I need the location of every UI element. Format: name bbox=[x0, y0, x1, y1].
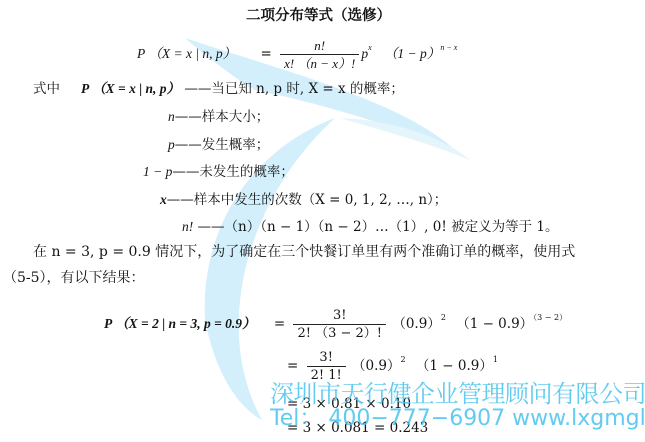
formula-q-exponent: n − x bbox=[440, 43, 457, 52]
definition-row: n! ——（n）（n − 1）（n − 2）…（1）, 0! 被定义为等于 1。 bbox=[182, 219, 558, 235]
calc-fraction: 3! 2! （3 − 2）! bbox=[293, 308, 386, 341]
document-title: 二项分布等式（选修） bbox=[246, 8, 391, 24]
definition-text: ——未发生的概率； bbox=[172, 164, 294, 180]
watermark-contact: Tel： 400−777−6907 www.lxgmgl.com bbox=[270, 401, 645, 432]
calc-equals: = bbox=[287, 358, 298, 374]
paragraph-line-2: （5-5），有以下结果： bbox=[3, 270, 145, 286]
definition-symbol: n! bbox=[182, 219, 193, 234]
definition-row: 1 − p——未发生的概率； bbox=[143, 164, 294, 180]
formula-equals: = bbox=[260, 46, 271, 62]
definition-row: p——发生概率； bbox=[168, 137, 269, 153]
calc-term: （1 − 0.9） bbox=[456, 316, 533, 332]
binomial-formula: P （X = x | n, p） = n! x! （n − x）! px （1 … bbox=[137, 38, 457, 71]
formula-fraction: n! x! （n − x）! bbox=[280, 38, 359, 71]
definition-symbol: P （X = x | n, p） bbox=[81, 81, 180, 96]
formula-numerator: n! bbox=[310, 38, 329, 54]
definitions-intro: 式中 bbox=[33, 81, 60, 97]
calc-exponent: 2 bbox=[401, 355, 406, 364]
definition-symbol: n bbox=[168, 109, 175, 124]
calc-equals: = bbox=[274, 316, 285, 332]
definition-text: ——样本中发生的次数（X = 0, 1, 2, …, n）； bbox=[167, 192, 448, 208]
calc-numerator: 3! bbox=[315, 350, 337, 366]
calc-exponent: （3 − 2） bbox=[533, 313, 567, 322]
definition-row: P （X = x | n, p） ——当已知 n, p 时, X = x 的概率… bbox=[81, 81, 404, 97]
formula-denominator: x! （n − x）! bbox=[280, 54, 359, 71]
calc-term: （1 − 0.9） bbox=[416, 358, 493, 374]
formula-lhs: P （X = x | n, p） bbox=[137, 46, 236, 61]
calculation-step-1: P （X = 2 | n = 3, p = 0.9） = 3! 2! （3 − … bbox=[104, 308, 567, 341]
definition-text: ——样本大小； bbox=[175, 109, 270, 125]
definition-text: ——发生概率； bbox=[175, 137, 270, 153]
calculation-lhs: P （X = 2 | n = 3, p = 0.9） bbox=[104, 316, 256, 331]
definition-symbol: p bbox=[168, 137, 175, 152]
calc-term: （0.9） bbox=[352, 358, 400, 374]
formula-q: （1 − p） bbox=[384, 46, 440, 61]
calc-exponent: 2 bbox=[441, 313, 446, 322]
calc-numerator: 3! bbox=[329, 308, 351, 324]
paragraph-line-1: 在 n = 3, p = 0.9 情况下，为了确定在三个快餐订单里有两个准确订单… bbox=[33, 244, 575, 260]
calc-denominator: 2! （3 − 2）! bbox=[293, 324, 386, 341]
definition-text: ——当已知 n, p 时, X = x 的概率； bbox=[184, 81, 404, 97]
definition-symbol: 1 − p bbox=[143, 164, 172, 179]
formula-p-exponent: x bbox=[368, 43, 372, 52]
definition-text: ——（n）（n − 1）（n − 2）…（1）, 0! 被定义为等于 1。 bbox=[193, 219, 558, 235]
calc-exponent: 1 bbox=[493, 355, 498, 364]
definition-row: n——样本大小； bbox=[168, 109, 269, 125]
definition-row: x——样本中发生的次数（X = 0, 1, 2, …, n）； bbox=[160, 192, 447, 208]
calc-term: （0.9） bbox=[392, 316, 440, 332]
definition-symbol: x bbox=[160, 192, 167, 207]
